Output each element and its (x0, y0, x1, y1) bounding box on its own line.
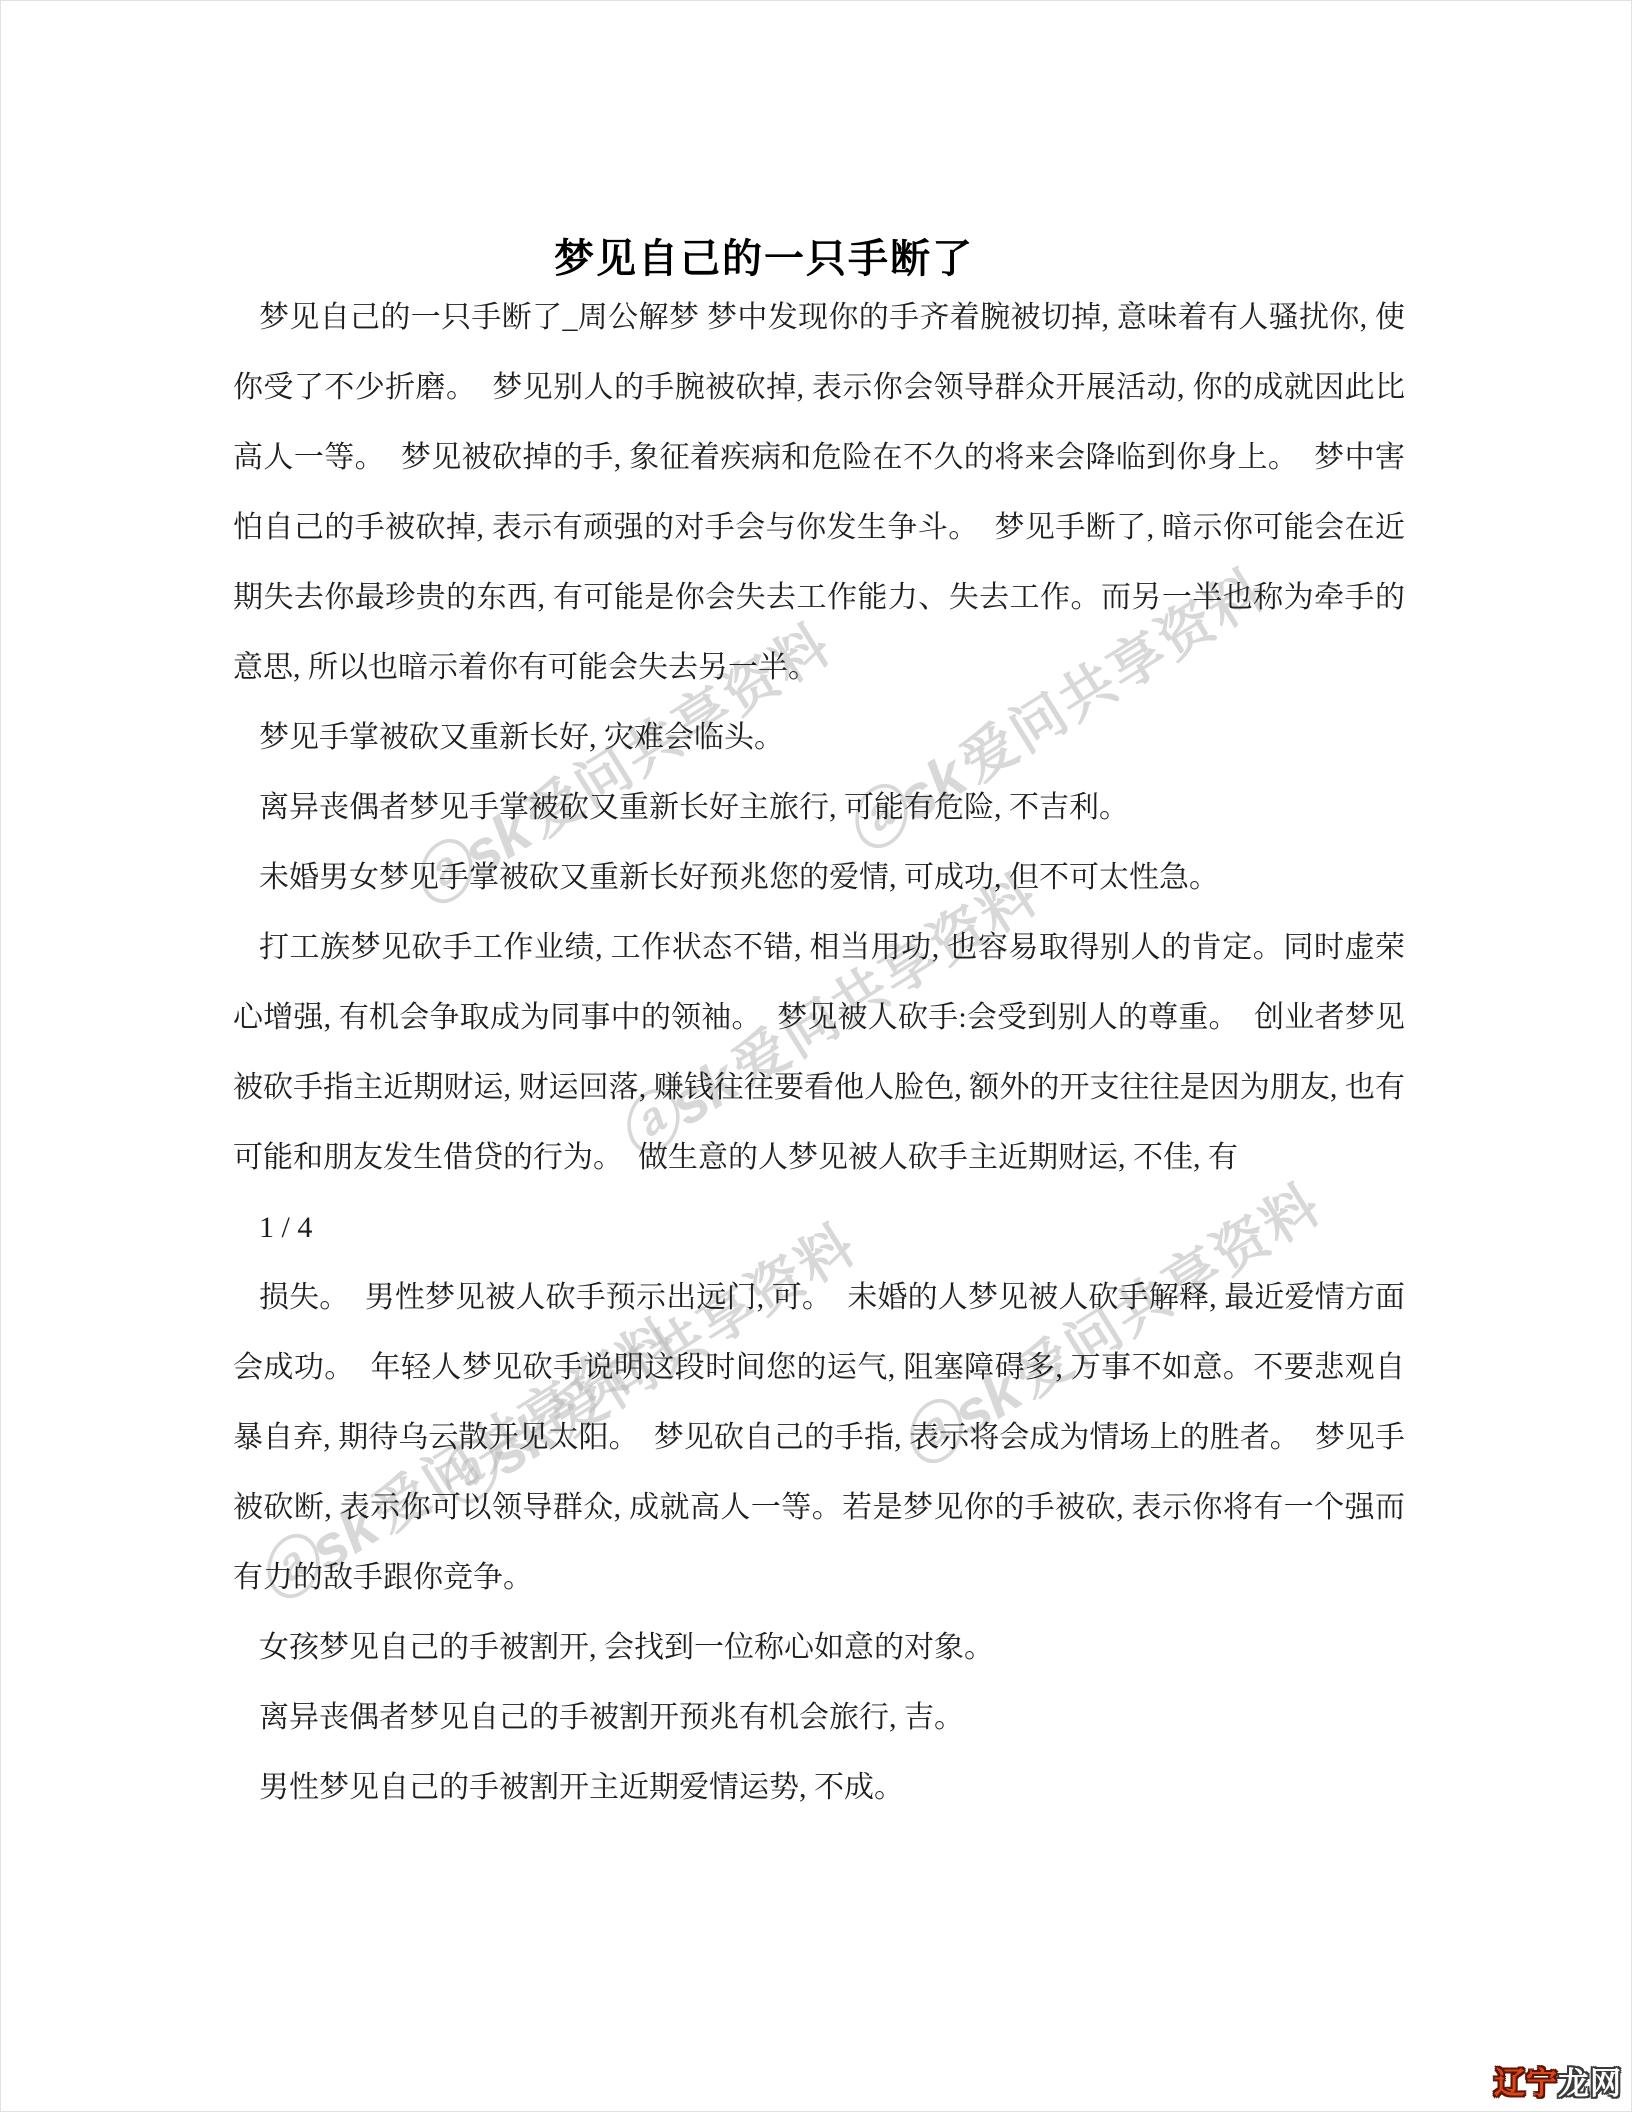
paragraph: 女孩梦见自己的手被割开, 会找到一位称心如意的对象。 (233, 1613, 1405, 1683)
site-logo: 辽宁龙网 (1494, 2058, 1622, 2103)
paragraph: 未婚男女梦见手掌被砍又重新长好预兆您的爱情, 可成功, 但不可太性急。 (233, 843, 1405, 913)
paragraph: 离异丧偶者梦见自己的手被割开预兆有机会旅行, 吉。 (233, 1683, 1405, 1753)
site-logo-part1: 辽宁 (1494, 2066, 1558, 2101)
page-number-marker: 1 / 4 (233, 1193, 1405, 1263)
document-page: ⓐsk爱问共享资料ⓐsk爱问共享资料ⓐsk爱问共享资料ⓐsk爱问共享资料ⓐsk爱… (0, 0, 1632, 2112)
site-logo-part2: 龙网 (1558, 2066, 1622, 2101)
paragraph: 男性梦见自己的手被割开主近期爱情运势, 不成。 (233, 1753, 1405, 1823)
document-body: 梦见自己的一只手断了_周公解梦 梦中发现你的手齐着腕被切掉, 意味着有人骚扰你,… (233, 283, 1405, 1823)
paragraph: 梦见手掌被砍又重新长好, 灾难会临头。 (233, 703, 1405, 773)
page-title: 梦见自己的一只手断了 (178, 227, 1350, 284)
paragraph: 损失。 男性梦见被人砍手预示出远门, 可。 未婚的人梦见被人砍手解释, 最近爱情… (233, 1263, 1405, 1613)
paragraph: 梦见自己的一只手断了_周公解梦 梦中发现你的手齐着腕被切掉, 意味着有人骚扰你,… (233, 283, 1405, 703)
paragraph: 离异丧偶者梦见手掌被砍又重新长好主旅行, 可能有危险, 不吉利。 (233, 773, 1405, 843)
paragraph: 打工族梦见砍手工作业绩, 工作状态不错, 相当用功, 也容易取得别人的肯定。同时… (233, 913, 1405, 1193)
